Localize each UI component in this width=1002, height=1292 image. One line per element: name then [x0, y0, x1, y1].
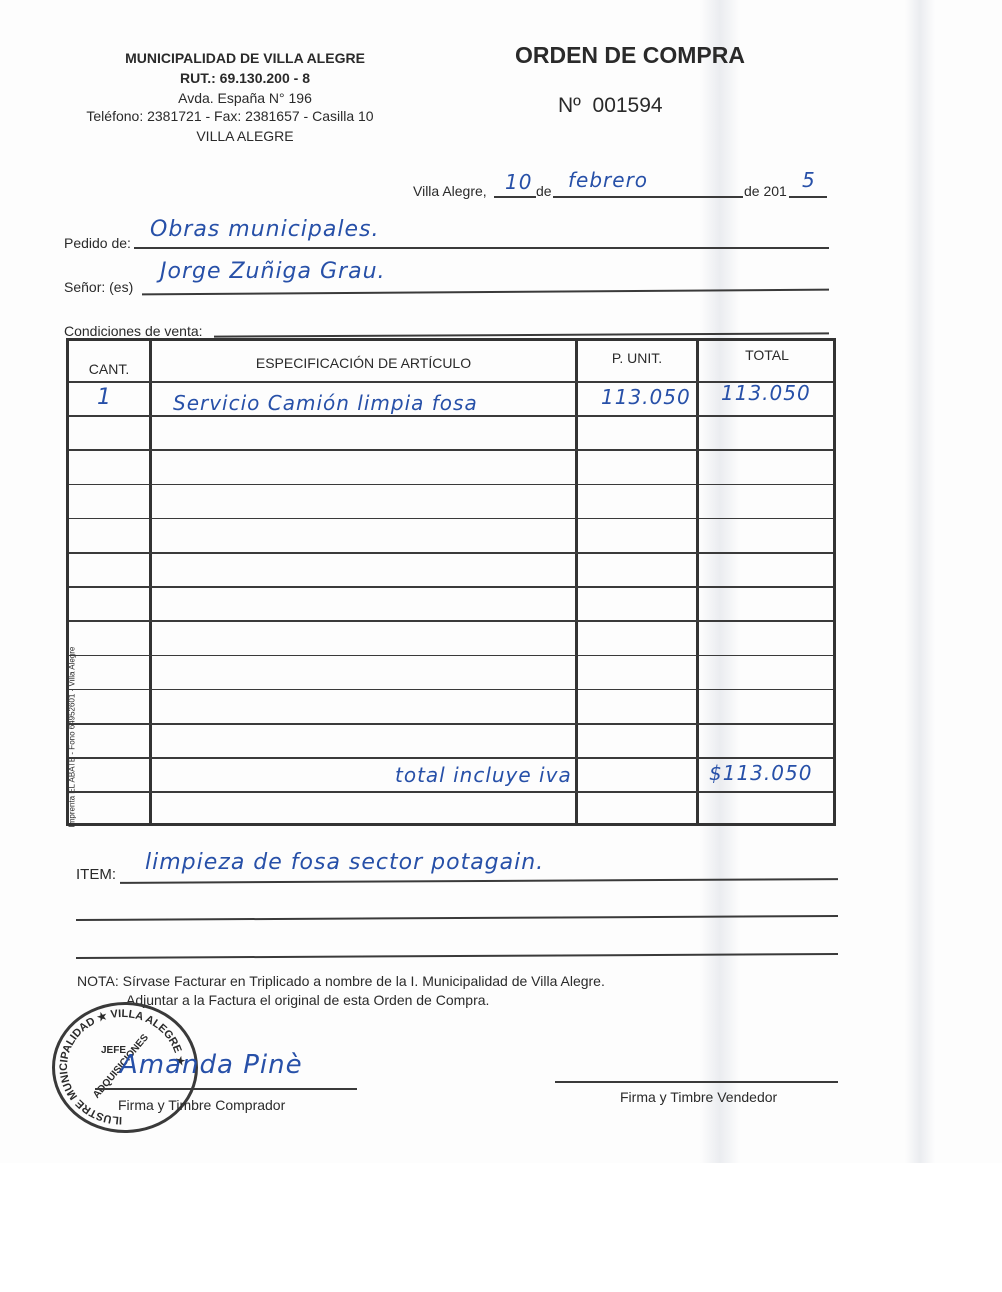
- document-title: ORDEN DE COMPRA: [490, 42, 770, 69]
- row-divider: [69, 689, 833, 691]
- row1-unit: 113.050: [601, 385, 691, 409]
- row1-cant: 1: [97, 385, 112, 410]
- nota-line1: NOTA: Sírvase Facturar en Triplicado a n…: [77, 973, 605, 989]
- row-divider: [69, 655, 833, 657]
- item-label: ITEM:: [76, 866, 116, 883]
- header-cant: CANT.: [69, 361, 149, 377]
- buyer-signature: Amanda Pinè: [120, 1050, 303, 1080]
- row-divider: [69, 449, 833, 451]
- row-divider: [69, 757, 833, 759]
- date-place-label: Villa Alegre,: [413, 183, 487, 199]
- grand-total: $113.050: [709, 761, 812, 785]
- issuer-city: VILLA ALEGRE: [35, 128, 455, 144]
- seller-sign-label: Firma y Timbre Vendedor: [620, 1089, 777, 1105]
- issuer-address: Avda. España N° 196: [35, 90, 455, 106]
- number-label: Nº: [558, 94, 581, 117]
- pedido-value: Obras municipales.: [150, 217, 379, 242]
- item-value: limpieza de fosa sector potagain.: [145, 850, 544, 875]
- senor-label: Señor: (es): [64, 279, 133, 295]
- scanned-page: MUNICIPALIDAD DE VILLA ALEGRE RUT.: 69.1…: [0, 0, 1002, 1163]
- date-de-label: de: [536, 183, 552, 199]
- date-month: febrero: [568, 168, 648, 192]
- row-divider: [69, 620, 833, 622]
- pedido-label: Pedido de:: [64, 235, 131, 251]
- header-divider: [69, 381, 833, 383]
- number-value: 001594: [593, 94, 663, 117]
- header-unit: P. UNIT.: [578, 350, 696, 366]
- header-total: TOTAL: [699, 347, 835, 363]
- header-spec: ESPECIFICACIÓN DE ARTÍCULO: [152, 355, 575, 371]
- senor-value: Jorge Zuñiga Grau.: [160, 259, 386, 284]
- issuer-name: MUNICIPALIDAD DE VILLA ALEGRE: [35, 50, 455, 66]
- date-year-suffix: 5: [802, 168, 816, 192]
- scanner-shadow: [905, 0, 935, 1163]
- row1-spec: Servicio Camión limpia fosa: [173, 391, 478, 415]
- row-divider: [69, 723, 833, 725]
- issuer-contact: Teléfono: 2381721 - Fax: 2381657 - Casil…: [10, 108, 450, 124]
- items-table: CANT. ESPECIFICACIÓN DE ARTÍCULO P. UNIT…: [66, 338, 836, 826]
- issuer-rut: RUT.: 69.130.200 - 8: [35, 70, 455, 86]
- row-divider: [69, 586, 833, 588]
- date-year-prefix: de 201: [744, 183, 787, 199]
- row-divider: [69, 791, 833, 793]
- row-divider: [69, 484, 833, 486]
- date-day: 10: [505, 170, 532, 194]
- condiciones-label: Condiciones de venta:: [64, 323, 203, 339]
- document-number: Nº 001594: [558, 94, 663, 118]
- row-divider: [69, 552, 833, 554]
- row-divider: [69, 518, 833, 520]
- buyer-sign-label: Firma y Timbre Comprador: [118, 1097, 285, 1113]
- row-divider: [69, 415, 833, 417]
- row1-total: 113.050: [721, 381, 811, 405]
- total-note: total incluye iva: [395, 763, 572, 787]
